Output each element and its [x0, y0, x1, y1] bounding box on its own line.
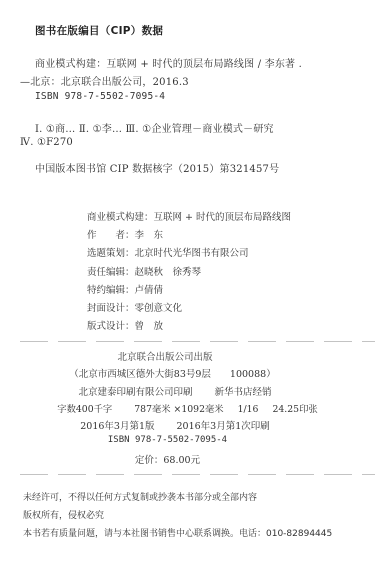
credit-label: 选题策划：	[87, 245, 135, 263]
credit-row-layout-design: 版式设计： 曾 放	[87, 318, 291, 336]
credit-label: 特约编辑：	[87, 282, 135, 300]
fold: 1/16	[238, 404, 259, 415]
publisher-name: 北京联合出版公司出版	[0, 349, 330, 363]
credit-row-planning: 选题策划： 北京时代光华图书有限公司	[87, 245, 291, 263]
cip-classification-1: Ⅰ. ①商… Ⅱ. ①李… Ⅲ. ①企业管理－商业模式－研究	[35, 120, 274, 135]
credit-label: 作 者：	[87, 227, 135, 245]
credit-value: 曾 放	[135, 318, 164, 336]
cip-publisher-line: —北京：北京联合出版公司，2016.3	[20, 73, 189, 88]
credit-value: 卢倩倩	[135, 282, 164, 300]
credit-label: 责任编辑：	[87, 264, 135, 282]
credit-label: 版式设计：	[87, 318, 135, 336]
publisher-address: （北京市西城区德外大街83号9层 100088）	[0, 366, 345, 380]
word-count: 字数400千字	[57, 404, 112, 415]
printer: 北京建泰印刷有限公司印刷	[78, 387, 192, 398]
book-title: 商业模式构建：互联网 + 时代的顶层布局路线图	[87, 209, 291, 227]
cip-isbn: ISBN 978-7-5502-7095-4	[35, 91, 165, 102]
copy-restriction-notice: 未经许可，不得以任何方式复制或抄袭本书部分或全部内容	[23, 490, 257, 503]
paper-format: 787毫米 ×1092毫米	[134, 404, 223, 415]
cip-heading: 图书在版编目（CIP）数据	[35, 23, 163, 38]
credits-block: 商业模式构建：互联网 + 时代的顶层布局路线图 作 者： 李 东 选题策划： 北…	[87, 209, 291, 336]
dashed-divider	[20, 341, 375, 342]
credit-value: 赵晓秋 徐秀琴	[135, 264, 202, 282]
sheets: 24.25印张	[272, 404, 317, 415]
credit-label: 封面设计：	[87, 300, 135, 318]
credit-row-editor: 责任编辑： 赵晓秋 徐秀琴	[87, 264, 291, 282]
publisher-isbn: ISBN 978-7-5502-7095-4	[0, 435, 335, 445]
copyright-notice: 版权所有，侵权必究	[23, 508, 104, 521]
printing: 2016年3月第1次印刷	[177, 421, 270, 432]
cip-classification-2: Ⅳ. ①F270	[20, 137, 73, 148]
distributor: 新华书店经销	[215, 387, 272, 398]
printer-distributor-line: 北京建泰印刷有限公司印刷新华书店经销	[0, 384, 350, 398]
dashed-divider	[20, 474, 375, 475]
price: 定价：68.00元	[0, 452, 335, 466]
cip-title-line: 商业模式构建：互联网 + 时代的顶层布局路线图 / 李东著 .	[35, 55, 302, 70]
credit-value: 李 东	[135, 227, 164, 245]
quality-contact-notice: 本书若有质量问题，请与本社图书销售中心联系调换。电话：010-82894445	[23, 526, 332, 539]
edition-line: 2016年3月第1版2016年3月第1次印刷	[0, 418, 350, 432]
edition: 2016年3月第1版	[80, 421, 154, 432]
credit-row-special-editor: 特约编辑： 卢倩倩	[87, 282, 291, 300]
credit-row-cover-design: 封面设计： 零创意文化	[87, 300, 291, 318]
book-title-text: 商业模式构建：互联网 + 时代的顶层布局路线图	[87, 209, 291, 227]
credit-value: 零创意文化	[135, 300, 183, 318]
credit-row-author: 作 者： 李 东	[87, 227, 291, 245]
cip-record-number: 中国版本图书馆 CIP 数据核字（2015）第321457号	[35, 160, 279, 175]
credit-value: 北京时代光华图书有限公司	[135, 245, 249, 263]
specs-line: 字数400千字787毫米 ×1092毫米1/1624.25印张	[0, 401, 375, 415]
